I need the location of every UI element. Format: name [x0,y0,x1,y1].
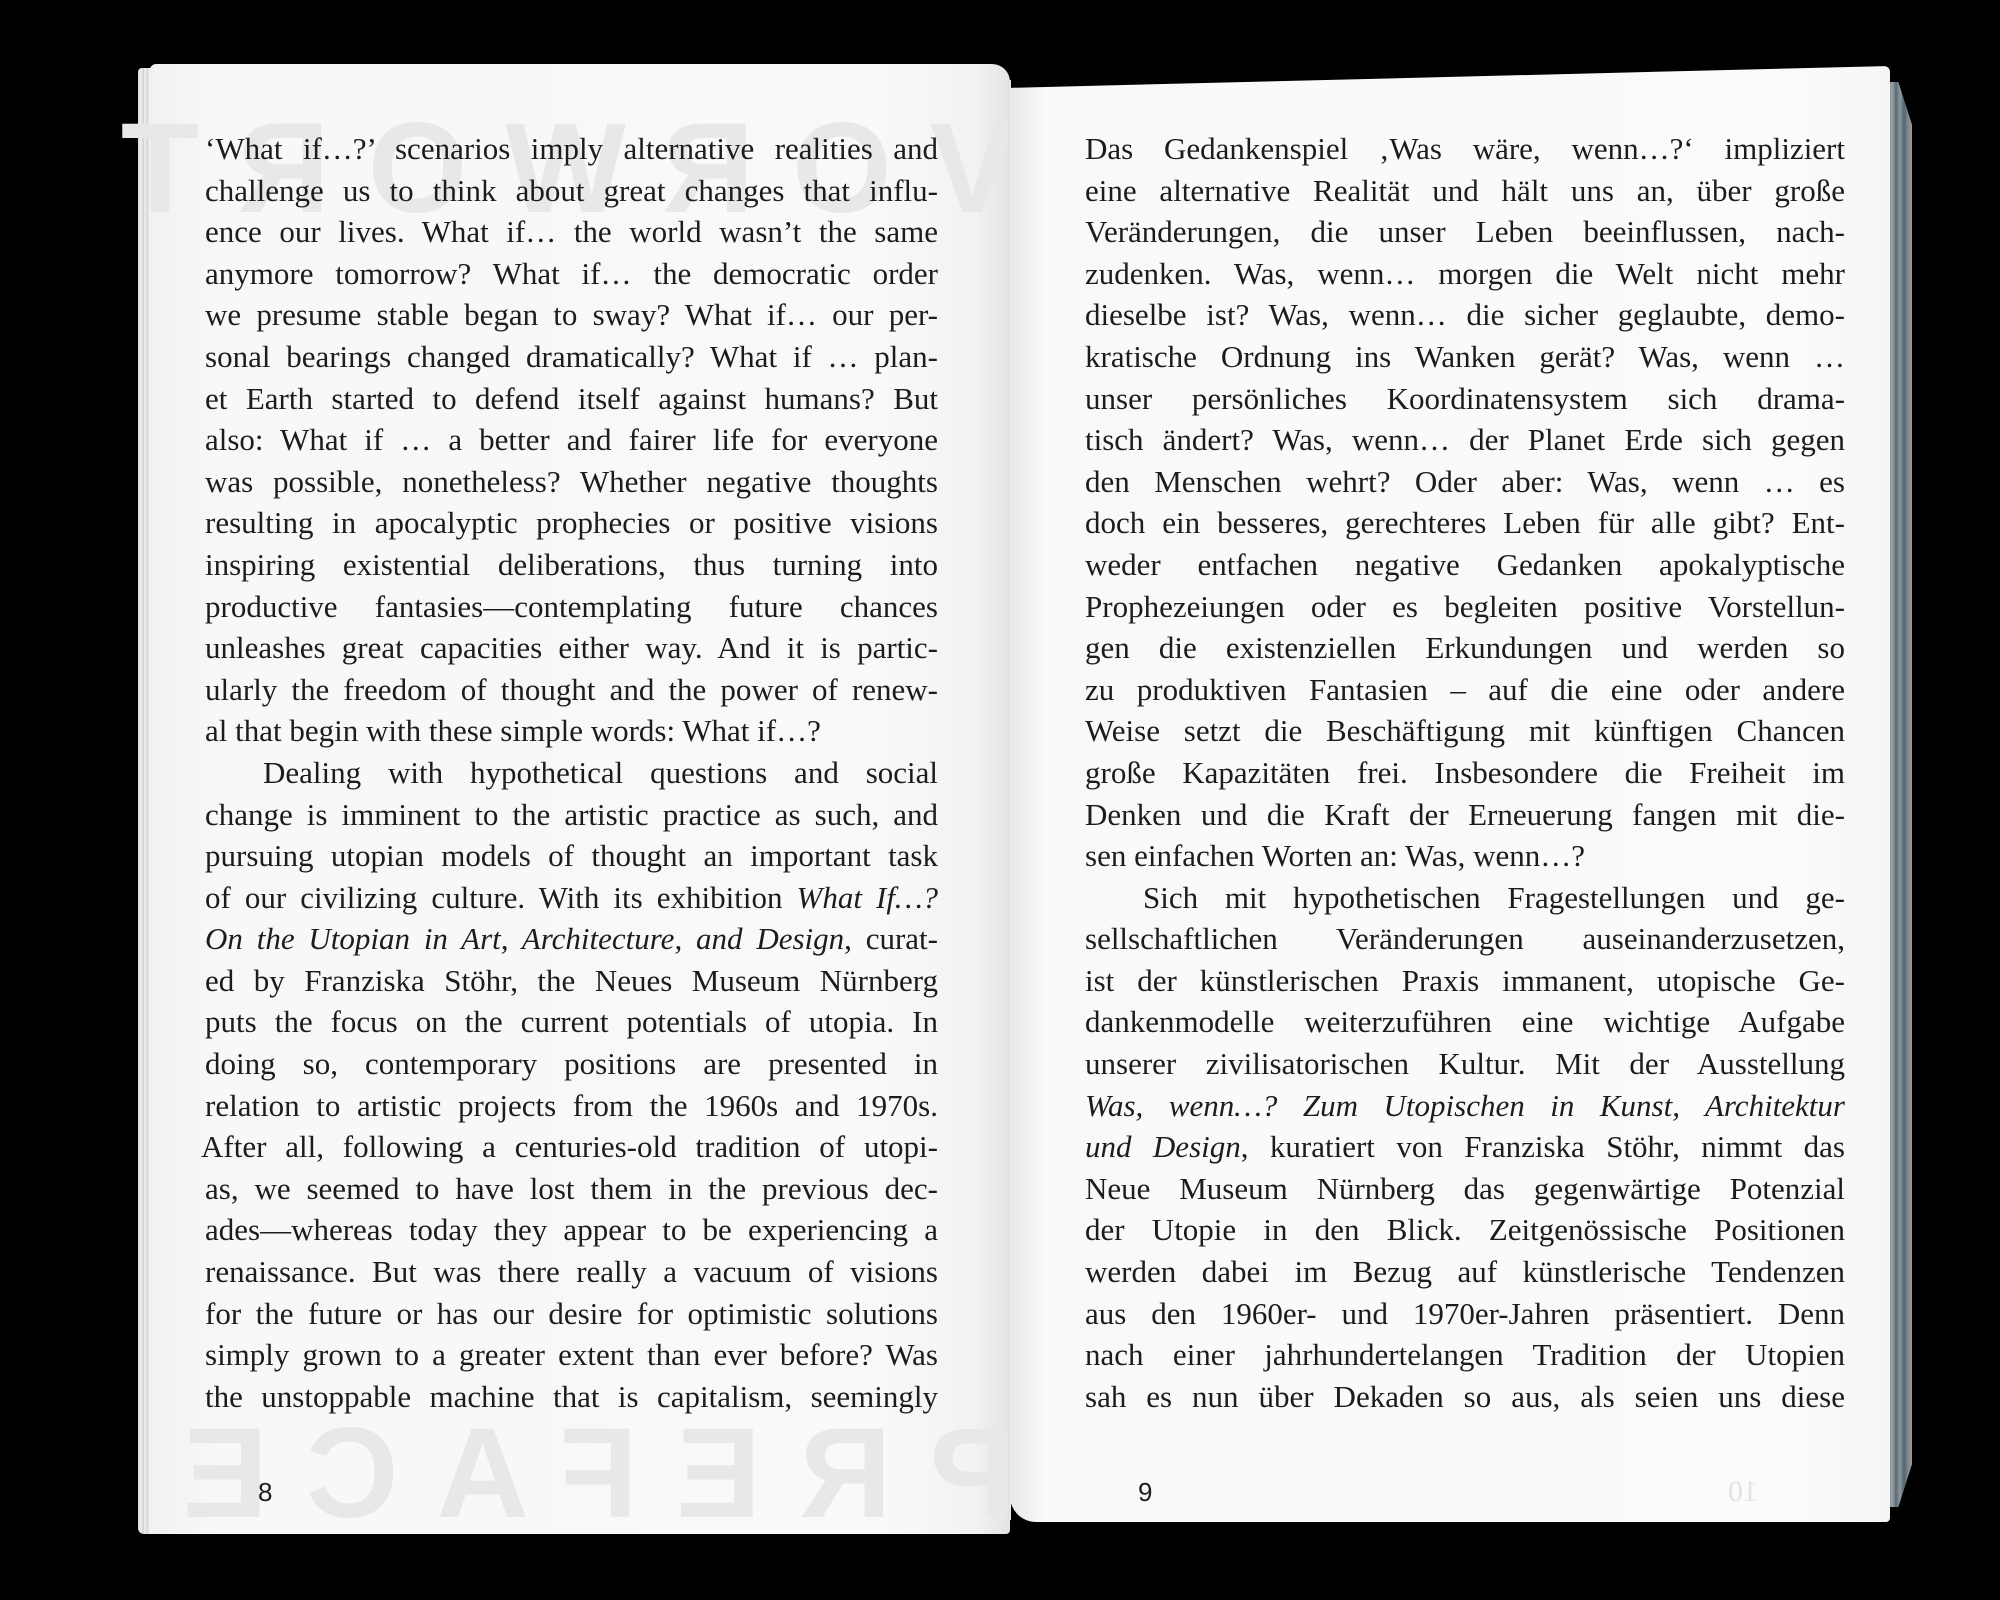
text-line: renaissance. But was there really a vacu… [205,1251,938,1293]
right-page-text-column: Das Gedankenspiel ‚Was wäre, wenn…?‘ imp… [1085,128,1845,1417]
text-line: nach einer jahrhundertelangen Tradition … [1085,1334,1845,1376]
text-line: gen die existenziellen Erkundungen und w… [1085,627,1845,669]
text-line: for the future or has our desire for opt… [205,1293,938,1335]
text-line: Das Gedankenspiel ‚Was wäre, wenn…?‘ imp… [1085,128,1845,170]
text-line: unserer zivilisatorischen Kultur. Mit de… [1085,1043,1845,1085]
text-run: of our civilizing culture. With its exhi… [205,880,797,915]
text-line: ence our lives. What if… the world wasn’… [205,211,938,253]
text-run: , curat- [844,921,938,956]
text-line: ed by Franziska Stöhr, the Neues Museum … [205,960,938,1002]
text-line: ularly the freedom of thought and the po… [205,669,938,711]
text-line: et Earth started to defend itself agains… [205,378,938,420]
text-line: After all, following a centuries-old tra… [201,1126,938,1168]
text-line: puts the focus on the current potentials… [205,1001,938,1043]
text-line: unleashes great capacities either way. A… [205,627,938,669]
text-line: doing so, contemporary positions are pre… [205,1043,938,1085]
text-run: , kuratiert von Franziska Stöhr, nimmt d… [1241,1129,1845,1164]
text-line: relation to artistic projects from the 1… [205,1085,938,1127]
text-line: pursuing utopian models of thought an im… [205,835,938,877]
paragraph-start-line: Sich mit hypothetischen Fragestellungen … [1085,877,1845,919]
text-line: den Menschen wehrt? Oder aber: Was, wenn… [1085,461,1845,503]
book-gutter [1008,80,1011,1520]
text-line: aus den 1960er- und 1970er-Jahren präsen… [1085,1293,1845,1335]
text-line: productive fantasies—contemplating futur… [205,586,938,628]
text-line: Prophezeiungen oder es begleiten positiv… [1085,586,1845,628]
text-line: ist der künstlerischen Praxis immanent, … [1085,960,1845,1002]
text-line: weder entfachen negative Gedanken apokal… [1085,544,1845,586]
text-line: kratische Ordnung ins Wanken gerät? Was,… [1085,336,1845,378]
text-line: change is imminent to the artistic pract… [205,794,938,836]
text-line: dieselbe ist? Was, wenn… die sicher gegl… [1085,294,1845,336]
text-line: sonal bearings changed dramatically? Wha… [205,336,938,378]
text-line: also: What if … a better and fairer life… [205,419,938,461]
text-line: Weise setzt die Beschäftigung mit künfti… [1085,710,1845,752]
text-line: sah es nun über Dekaden so aus, als seie… [1085,1376,1845,1418]
page-number-right: 9 [1138,1477,1152,1508]
text-line: Veränderungen, die unser Leben beeinflus… [1085,211,1845,253]
text-line: resulting in apocalyptic prophecies or p… [205,502,938,544]
text-line: unser persönliches Koordinatensystem sic… [1085,378,1845,420]
exhibition-title-italic: und Design [1085,1129,1241,1164]
paragraph-start-line: Dealing with hypothetical questions and … [205,752,938,794]
text-line: doch ein besseres, gerechteres Leben für… [1085,502,1845,544]
text-line: und Design, kuratiert von Franziska Stöh… [1085,1126,1845,1168]
ghost-watermark-bottom: PREFACE [144,1400,1015,1547]
left-page-text-column: ‘What if…?’ scenarios imply alternative … [205,128,938,1417]
text-line: große Kapazitäten frei. Insbesondere die… [1085,752,1845,794]
exhibition-title-italic: Was, wenn…? Zum Utopischen in Kunst, Arc… [1085,1085,1845,1127]
text-line: On the Utopian in Art, Architecture, and… [205,918,938,960]
text-line: ‘What if…?’ scenarios imply alternative … [205,128,938,170]
text-line: sen einfachen Worten an: Was, wenn…? [1085,835,1845,877]
book-spread: VORWORT PREFACE 10 ‘What if…?’ scenarios… [0,0,2000,1600]
ghost-next-page-number: 10 [1728,1475,1758,1509]
text-line: we presume stable began to sway? What if… [205,294,938,336]
text-line: tisch ändert? Was, wenn… der Planet Erde… [1085,419,1845,461]
text-line: Denken und die Kraft der Erneuerung fang… [1085,794,1845,836]
text-line: zudenken. Was, wenn… morgen die Welt nic… [1085,253,1845,295]
text-line: sellschaftlichen Veränderungen auseinand… [1085,918,1845,960]
text-line: was possible, nonetheless? Whether negat… [205,461,938,503]
text-line: al that begin with these simple words: W… [205,710,938,752]
text-line: challenge us to think about great change… [205,170,938,212]
exhibition-title-italic: What If…? [797,880,938,915]
text-line: zu produktiven Fantasien – auf die eine … [1085,669,1845,711]
page-number-left: 8 [258,1477,272,1508]
text-line: der Utopie in den Blick. Zeitgenössische… [1085,1209,1845,1251]
text-line: dankenmodelle weiterzuführen eine wichti… [1085,1001,1845,1043]
text-line: ades—whereas today they appear to be exp… [205,1209,938,1251]
text-line: Neue Museum Nürnberg das gegenwärtige Po… [1085,1168,1845,1210]
text-line: anymore tomorrow? What if… the democrati… [205,253,938,295]
exhibition-subtitle-italic: On the Utopian in Art, Architecture, and… [205,921,844,956]
text-line: as, we seemed to have lost them in the p… [205,1168,938,1210]
text-line: simply grown to a greater extent than ev… [205,1334,938,1376]
text-line: werden dabei im Bezug auf künstlerische … [1085,1251,1845,1293]
text-line: the unstoppable machine that is capitali… [205,1376,938,1418]
text-line: inspiring existential deliberations, thu… [205,544,938,586]
text-line: of our civilizing culture. With its exhi… [205,877,938,919]
text-line: eine alternative Realität und hält uns a… [1085,170,1845,212]
